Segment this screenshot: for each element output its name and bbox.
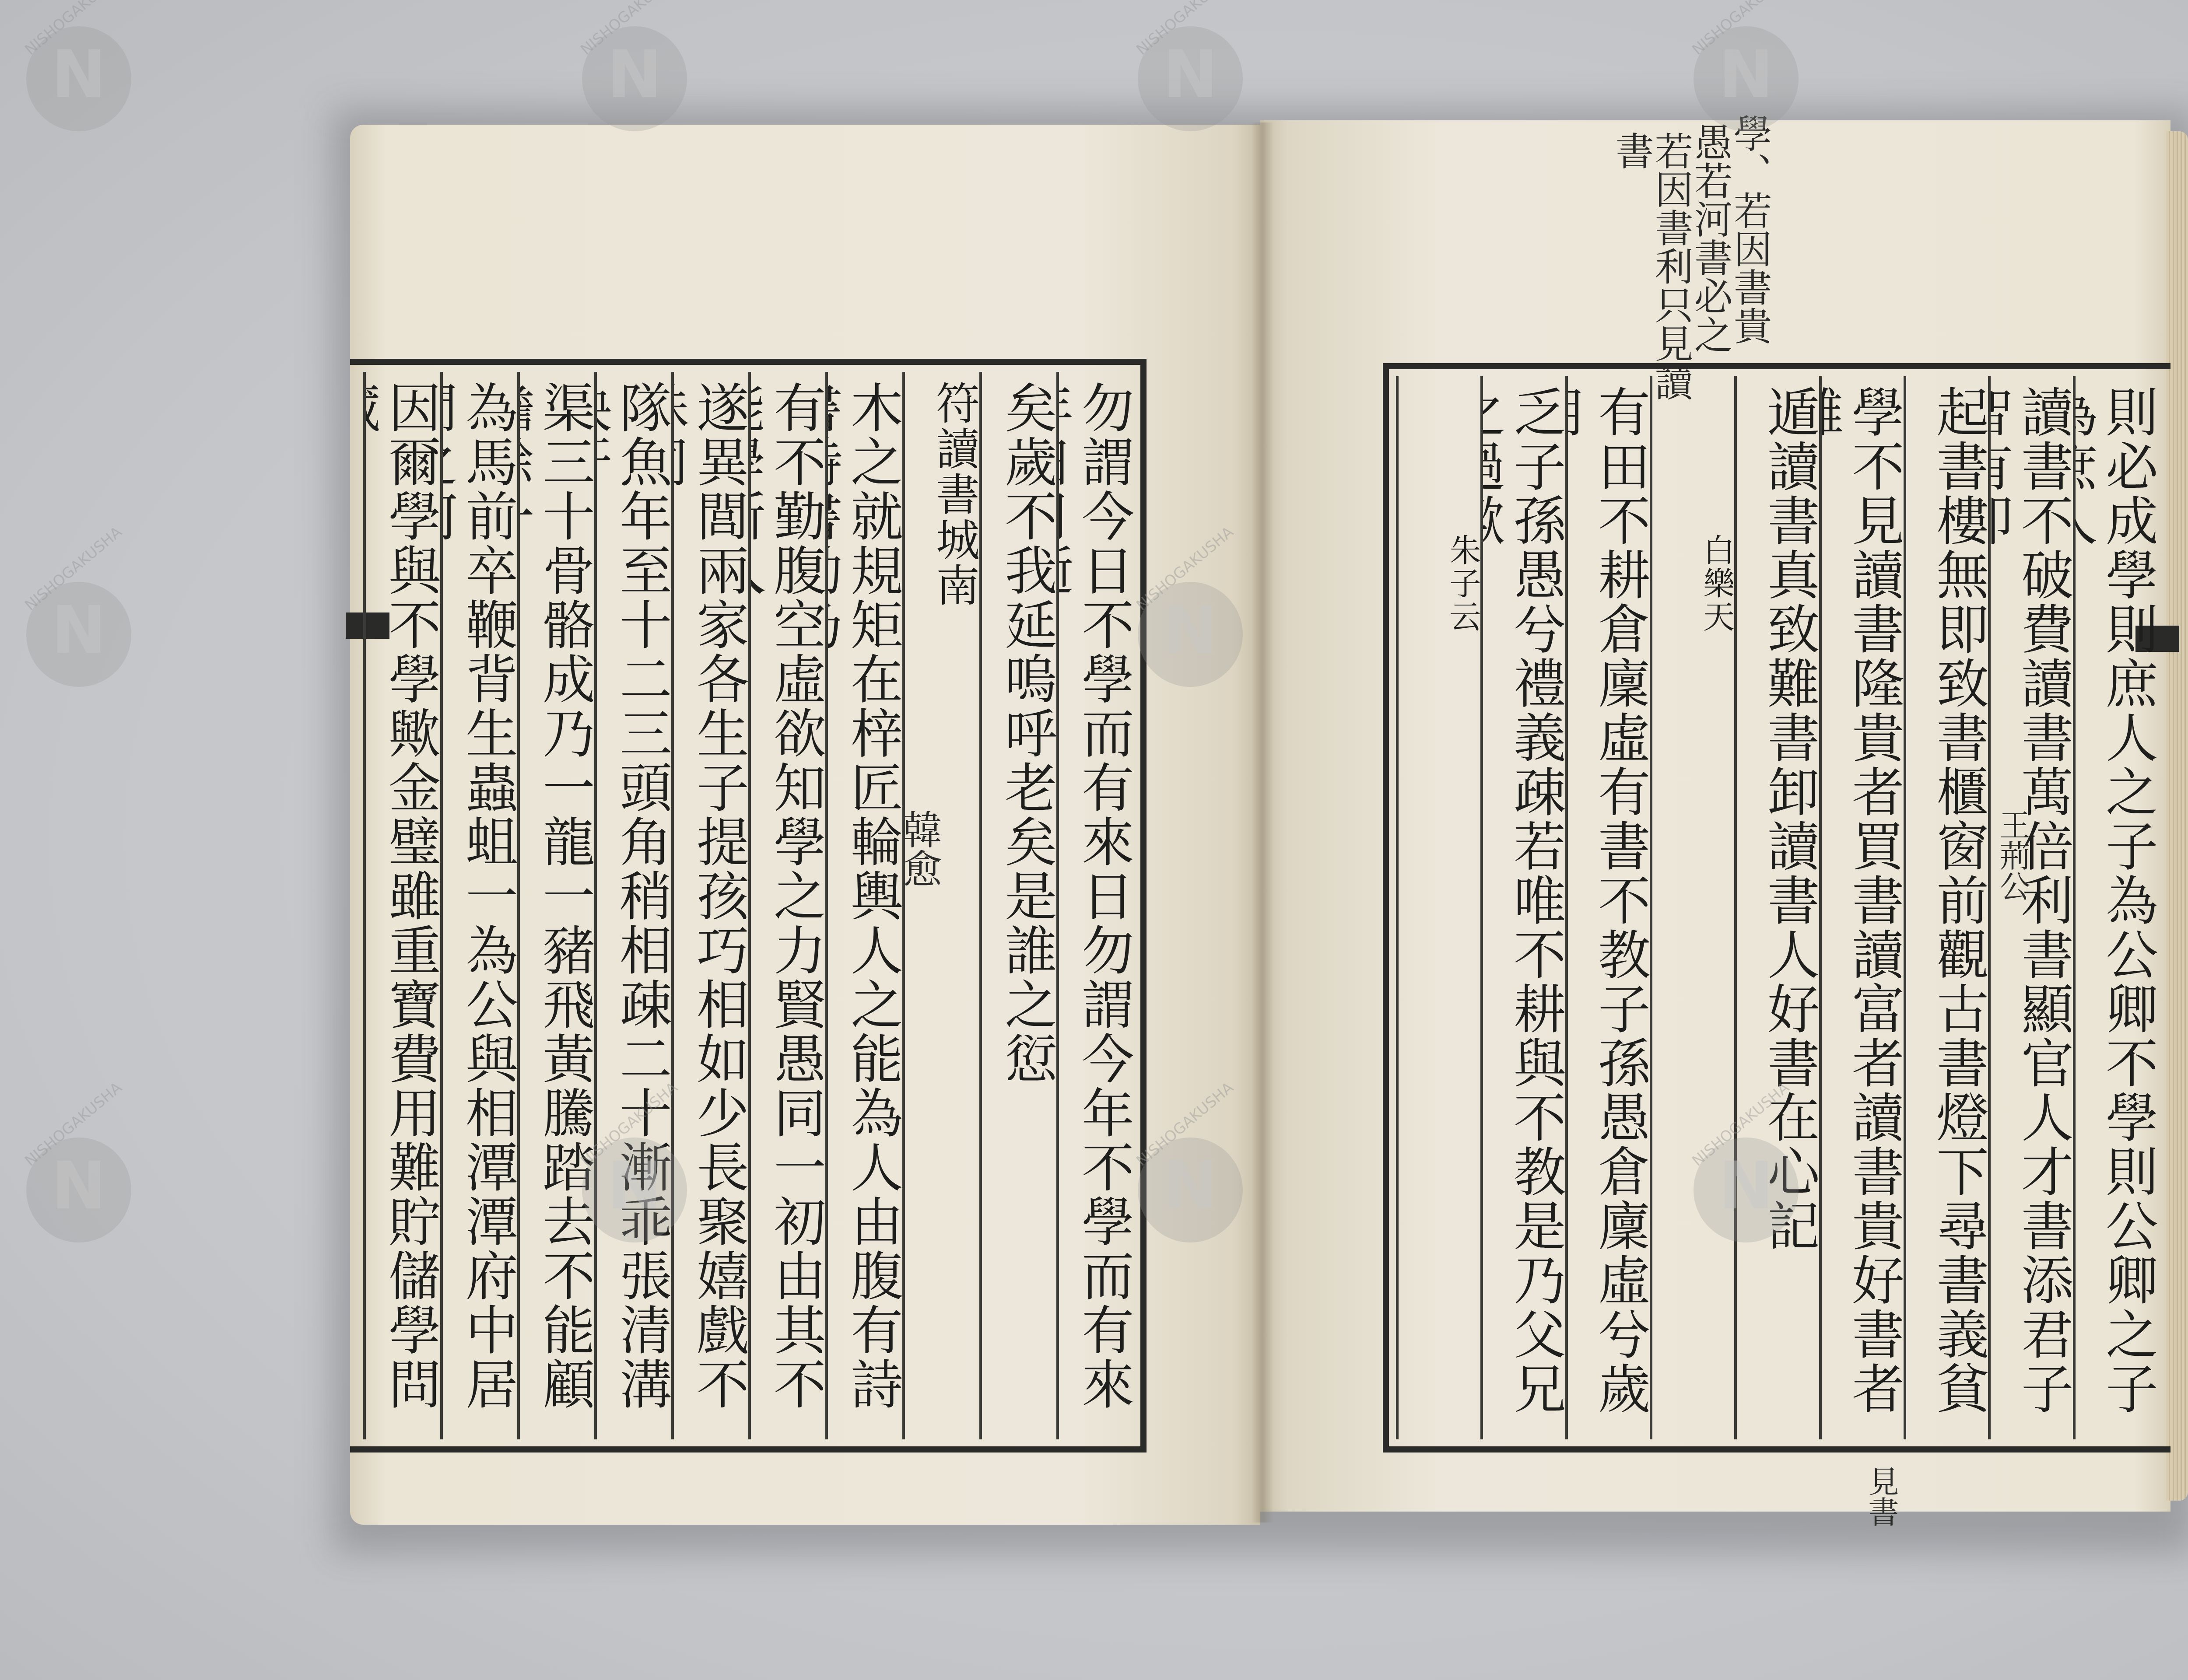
watermark-logo: NISHOGAKUSHA (26, 582, 131, 687)
watermark-logo: NISHOGAKUSHA (1138, 1137, 1243, 1242)
watermark-logo: NISHOGAKUSHA (26, 1137, 131, 1242)
text-column: 勿謂今日不學而有來日勿謂今年不學而有來年日月逝 (1056, 372, 1133, 1439)
text-column: 為馬前卒鞭背生蟲蛆一為公與相潭潭府中居問之何 (440, 372, 517, 1439)
watermark-logo: NISHOGAKUSHA (1138, 582, 1243, 687)
watermark-logo: NISHOGAKUSHA (1694, 1137, 1799, 1242)
text-column: 有不勤腹空虛欲知學之力賢愚同一初由其不能學所入 (748, 372, 825, 1439)
top-annotation-1: 學、若因書貴 (1729, 114, 1771, 345)
top-annotation-2: 愚若河書必之 (1689, 122, 1732, 353)
top-annotation-3: 若因書利只見讀 (1650, 131, 1692, 401)
text-column: 乏子孫愚兮禮義疎若唯不耕與不教是乃父兄之過歟 (1480, 376, 1565, 1439)
left-text-columns: 勿謂今日不學而有來日勿謂今年不學而有來年日月逝 矣歲不我延嗚呼老矣是誰之愆 符讀… (363, 372, 1133, 1439)
text-column: 讀書不破費讀書萬倍利書顯官人才書添君子智有即 (1988, 376, 2072, 1439)
top-annotation-4: 書 (1610, 131, 1653, 170)
bottom-annotation: 見書 (1864, 1466, 1898, 1527)
book-gutter (1252, 122, 1273, 1522)
text-column: 遁讀書真致難書卸讀書人好書在心記 (1734, 376, 1819, 1439)
text-column: 有田不耕倉廩虛有書不教子孫愚倉廩虛兮歲月 (1565, 376, 1650, 1439)
text-column: 隊魚年至十二三頭角稍相疎二十漸乖張清溝映汙 (594, 372, 671, 1439)
author-label: 王荊公 (1995, 809, 2029, 901)
text-column: 矣歲不我延嗚呼老矣是誰之愆 (979, 372, 1056, 1439)
text-column: 渠三十骨骼成乃一龍一豬飛黃騰踏去不能顧蟾蜍一 (517, 372, 594, 1439)
text-column: 白樂天 (1650, 376, 1734, 1439)
text-column: 朱子云 (1396, 376, 1480, 1439)
watermark-logo: NISHOGAKUSHA (582, 26, 687, 131)
text-column: 木之就規矩在梓匠輪輿人之能為人由腹有詩書詩書勤乃 (825, 372, 902, 1439)
watermark-logo: NISHOGAKUSHA (1694, 26, 1799, 131)
text-column: 因爾學與不學歟金璧雖重寶費用難貯儲學問藏 (363, 372, 440, 1439)
watermark-logo: NISHOGAKUSHA (26, 26, 131, 131)
text-column: 則必成學則庶人之子為公卿不學則公卿之子為庶人 (2073, 376, 2157, 1439)
text-column: 符讀書城南 (902, 372, 979, 1439)
text-column: 遂異閭兩家各生子提孩巧相如少長聚嬉戲不殊同 (671, 372, 748, 1439)
text-column: 起書樓無即致書櫃窗前觀古書燈下尋書義貧 (1904, 376, 1988, 1439)
right-text-columns: 則必成學則庶人之子為公卿不學則公卿之子為庶人 讀書不破費讀書萬倍利書顯官人才書添… (1396, 376, 2157, 1439)
text-column: 學不見讀書隆貴者買書讀富者讀書貴好書者難 (1819, 376, 1904, 1439)
author-marker: 韓愈 (897, 809, 940, 888)
watermark-logo: NISHOGAKUSHA (582, 1137, 687, 1242)
watermark-logo: NISHOGAKUSHA (1138, 26, 1243, 131)
